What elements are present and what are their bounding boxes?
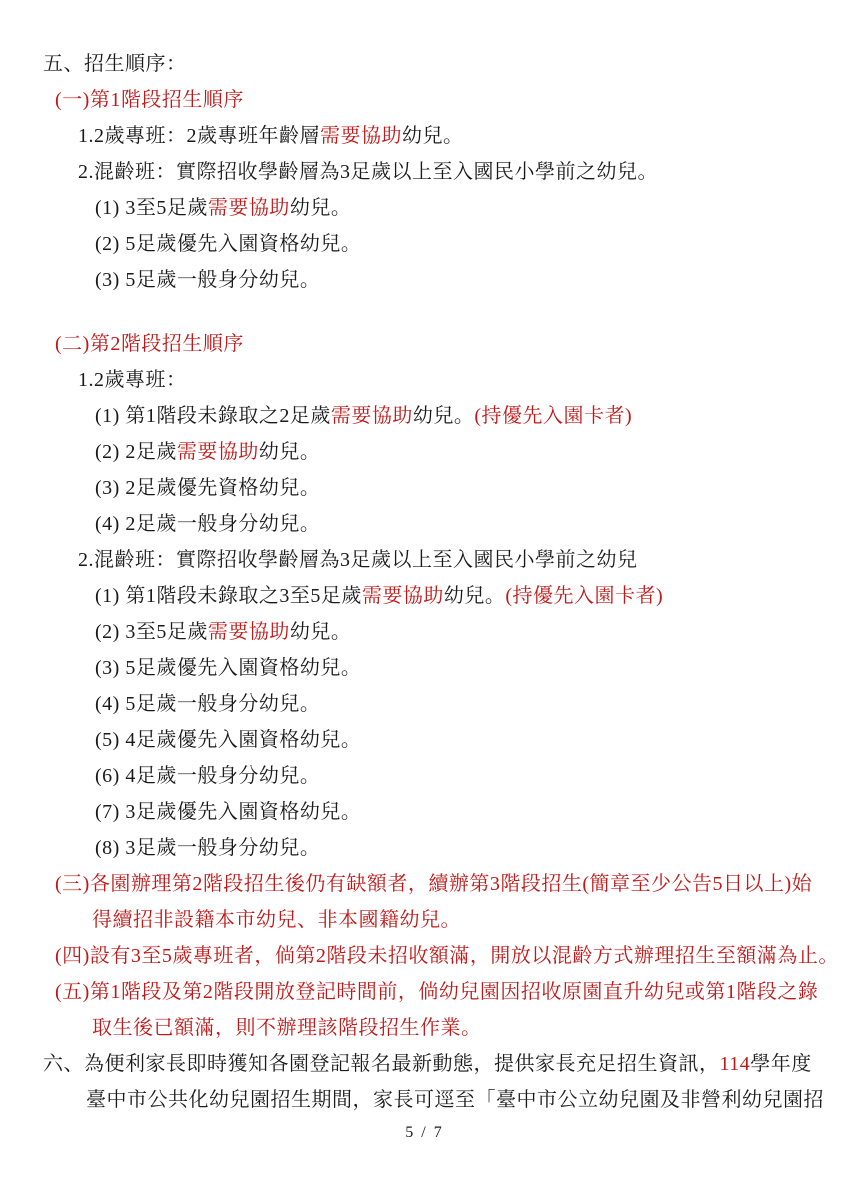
text-segment: (4) 5足歲一般身分幼兒。 xyxy=(95,693,320,715)
text-segment: 需要協助 xyxy=(208,197,290,219)
text-segment: 臺中市公共化幼兒園招生期間，家長可逕至「臺中市公立幼兒園及非營利幼兒園招 xyxy=(86,1089,824,1111)
text-segment: 需要協助 xyxy=(331,405,413,427)
text-segment: (3) 5足歲優先入園資格幼兒。 xyxy=(95,657,361,679)
text-segment: (持優先入園卡者) xyxy=(474,405,632,427)
text-segment: (3) 2足歲優先資格幼兒。 xyxy=(95,477,320,499)
text-segment: (1) 第1階段未錄取之3至5足歲 xyxy=(95,585,362,607)
text-segment: 114 xyxy=(720,1053,751,1075)
document-page: 五、招生順序：(一)第1階段招生順序1.2歲專班：2歲專班年齡層需要協助幼兒。2… xyxy=(0,0,849,1200)
document-line: (1) 3至5足歲需要協助幼兒。 xyxy=(0,190,849,226)
text-segment: 學年度 xyxy=(750,1053,812,1075)
text-segment: (3) 5足歲一般身分幼兒。 xyxy=(95,269,320,291)
text-segment: (持優先入園卡者) xyxy=(505,585,663,607)
document-line: (2) 5足歲優先入園資格幼兒。 xyxy=(0,226,849,262)
document-line: (5) 4足歲優先入園資格幼兒。 xyxy=(0,722,849,758)
text-segment: 2.混齡班：實際招收學齡層為3足歲以上至入國民小學前之幼兒 xyxy=(78,549,638,571)
document-line: (一)第1階段招生順序 xyxy=(0,82,849,118)
text-segment: (2) 3至5足歲 xyxy=(95,621,208,643)
document-line: (4) 5足歲一般身分幼兒。 xyxy=(0,686,849,722)
document-line: (3) 5足歲一般身分幼兒。 xyxy=(0,262,849,298)
page-number: 5 / 7 xyxy=(0,1118,849,1148)
text-segment: (五)第1階段及第2階段開放登記時間前，倘幼兒園因招收原園直升幼兒或第1階段之錄 xyxy=(55,981,818,1003)
document-line: (2) 3至5足歲需要協助幼兒。 xyxy=(0,614,849,650)
document-line: 2.混齡班：實際招收學齡層為3足歲以上至入國民小學前之幼兒 xyxy=(0,542,849,578)
document-line: (2) 2足歲需要協助幼兒。 xyxy=(0,434,849,470)
text-segment: 幼兒。 xyxy=(290,197,352,219)
text-segment: (8) 3足歲一般身分幼兒。 xyxy=(95,837,320,859)
text-segment: (2) 5足歲優先入園資格幼兒。 xyxy=(95,233,361,255)
document-line: (1) 第1階段未錄取之3至5足歲需要協助幼兒。(持優先入園卡者) xyxy=(0,578,849,614)
text-segment: (四)設有3至5歲專班者，倘第2階段未招收額滿，開放以混齡方式辦理招生至額滿為止… xyxy=(55,945,839,967)
text-segment: 1.2歲專班：2歲專班年齡層 xyxy=(78,125,320,147)
document-line: (3) 2足歲優先資格幼兒。 xyxy=(0,470,849,506)
text-segment: (一)第1階段招生順序 xyxy=(55,89,244,111)
text-segment: (5) 4足歲優先入園資格幼兒。 xyxy=(95,729,361,751)
text-segment: 幼兒。 xyxy=(444,585,506,607)
text-segment: (1) 第1階段未錄取之2足歲 xyxy=(95,405,331,427)
document-line: (7) 3足歲優先入園資格幼兒。 xyxy=(0,794,849,830)
text-segment: (6) 4足歲一般身分幼兒。 xyxy=(95,765,320,787)
text-segment: 1.2歲專班： xyxy=(78,369,187,391)
document-body: 五、招生順序：(一)第1階段招生順序1.2歲專班：2歲專班年齡層需要協助幼兒。2… xyxy=(0,46,849,1118)
text-segment: (三)各園辦理第2階段招生後仍有缺額者，續辦第3階段招生(簡章至少公告5日以上)… xyxy=(55,873,812,895)
text-segment: 得續招非設籍本市幼兒、非本國籍幼兒。 xyxy=(92,909,461,931)
text-segment: 需要協助 xyxy=(362,585,444,607)
text-segment: 需要協助 xyxy=(177,441,259,463)
document-line: (四)設有3至5歲專班者，倘第2階段未招收額滿，開放以混齡方式辦理招生至額滿為止… xyxy=(0,938,849,974)
document-line: 五、招生順序： xyxy=(0,46,849,82)
text-segment: (2) 2足歲 xyxy=(95,441,177,463)
document-line: (1) 第1階段未錄取之2足歲需要協助幼兒。(持優先入園卡者) xyxy=(0,398,849,434)
text-segment: 需要協助 xyxy=(208,621,290,643)
document-line: 1.2歲專班：2歲專班年齡層需要協助幼兒。 xyxy=(0,118,849,154)
text-segment: (二)第2階段招生順序 xyxy=(55,333,244,355)
text-segment: 六、為便利家長即時獲知各園登記報名最新動態，提供家長充足招生資訊， xyxy=(43,1053,720,1075)
document-line: (二)第2階段招生順序 xyxy=(0,326,849,362)
text-segment: 需要協助 xyxy=(320,125,402,147)
document-line: 臺中市公共化幼兒園招生期間，家長可逕至「臺中市公立幼兒園及非營利幼兒園招 xyxy=(0,1082,849,1118)
document-line: 得續招非設籍本市幼兒、非本國籍幼兒。 xyxy=(0,902,849,938)
document-line: 2.混齡班：實際招收學齡層為3足歲以上至入國民小學前之幼兒。 xyxy=(0,154,849,190)
document-line: (三)各園辦理第2階段招生後仍有缺額者，續辦第3階段招生(簡章至少公告5日以上)… xyxy=(0,866,849,902)
text-segment: 2.混齡班：實際招收學齡層為3足歲以上至入國民小學前之幼兒。 xyxy=(78,161,658,183)
document-line: 六、為便利家長即時獲知各園登記報名最新動態，提供家長充足招生資訊，114學年度 xyxy=(0,1046,849,1082)
text-segment: 幼兒。 xyxy=(259,441,321,463)
text-segment: 取生後已額滿，則不辦理該階段招生作業。 xyxy=(92,1017,482,1039)
document-line: (8) 3足歲一般身分幼兒。 xyxy=(0,830,849,866)
document-line: 取生後已額滿，則不辦理該階段招生作業。 xyxy=(0,1010,849,1046)
text-segment: (1) 3至5足歲 xyxy=(95,197,208,219)
document-line: (4) 2足歲一般身分幼兒。 xyxy=(0,506,849,542)
document-line: (3) 5足歲優先入園資格幼兒。 xyxy=(0,650,849,686)
text-segment: 幼兒。 xyxy=(402,125,464,147)
document-line: 1.2歲專班： xyxy=(0,362,849,398)
text-segment: 幼兒。 xyxy=(413,405,475,427)
text-segment: 五、招生順序： xyxy=(43,53,187,75)
text-segment: 幼兒。 xyxy=(290,621,352,643)
text-segment: (4) 2足歲一般身分幼兒。 xyxy=(95,513,320,535)
document-line: (6) 4足歲一般身分幼兒。 xyxy=(0,758,849,794)
document-line: (五)第1階段及第2階段開放登記時間前，倘幼兒園因招收原園直升幼兒或第1階段之錄 xyxy=(0,974,849,1010)
text-segment: (7) 3足歲優先入園資格幼兒。 xyxy=(95,801,361,823)
